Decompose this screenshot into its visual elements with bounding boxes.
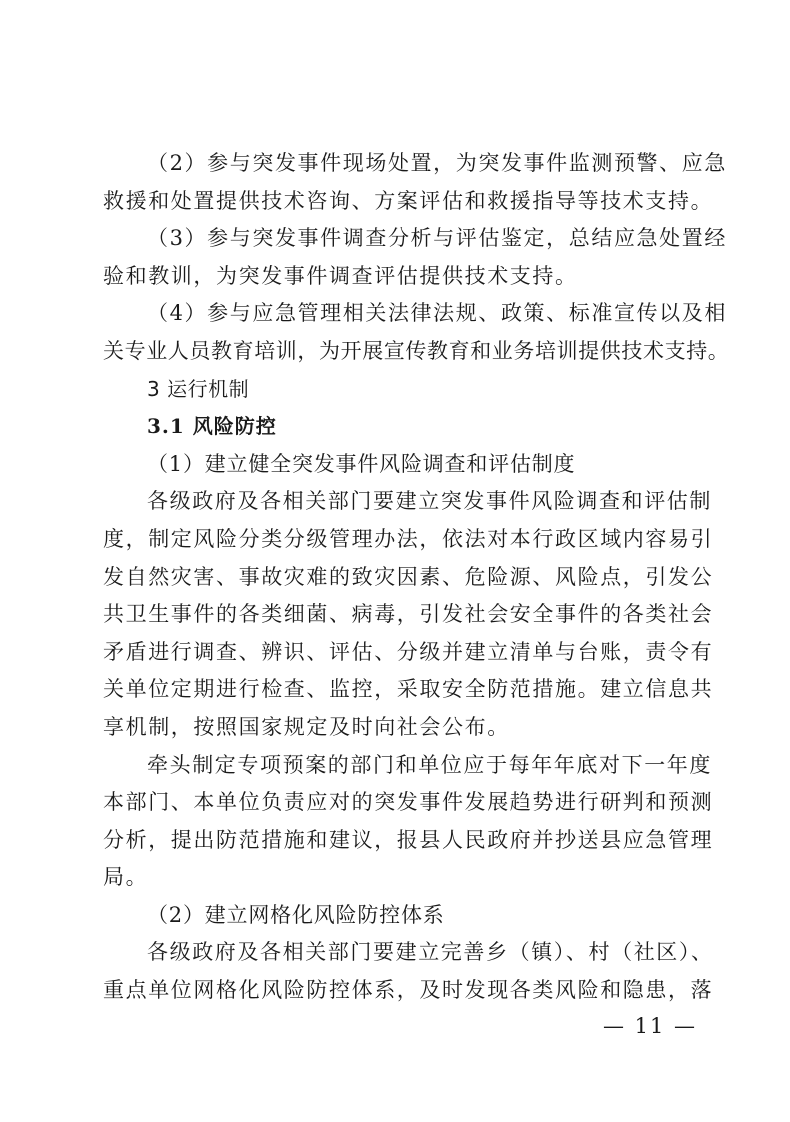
item-heading: （2）建立网格化风险防控体系 (103, 897, 695, 935)
paragraph-line: 关专业人员教育培训，为开展宣传教育和业务培训提供技术支持。 (103, 333, 695, 371)
paragraph-line: （4）参与应急管理相关法律法规、政策、标准宣传以及相 (103, 295, 695, 333)
subsection-heading: 3.1 风险防控 (103, 408, 695, 446)
paragraph-line: 享机制，按照国家规定及时向社会公布。 (103, 709, 695, 747)
section-heading: 3 运行机制 (103, 371, 695, 409)
paragraph-line: 重点单位网格化风险防控体系，及时发现各类风险和隐患，落 (103, 972, 695, 1010)
paragraph-line: 本部门、本单位负责应对的突发事件发展趋势进行研判和预测 (103, 784, 695, 822)
paragraph-line: 关单位定期进行检查、监控，采取安全防范措施。建立信息共 (103, 671, 695, 709)
paragraph-line: （3）参与突发事件调查分析与评估鉴定，总结应急处置经 (103, 220, 695, 258)
page-number: — 11 — (600, 1014, 700, 1038)
paragraph-line: 各级政府及各相关部门要建立突发事件风险调查和评估制 (103, 483, 695, 521)
paragraph-line: 矛盾进行调查、辨识、评估、分级并建立清单与台账，责令有 (103, 634, 695, 672)
paragraph-line: （2）参与突发事件现场处置，为突发事件监测预警、应急 (103, 145, 695, 183)
paragraph-line: 各级政府及各相关部门要建立完善乡（镇）、村（社区）、 (103, 934, 695, 972)
document-body: （2）参与突发事件现场处置，为突发事件监测预警、应急 救援和处置提供技术咨询、方… (103, 145, 695, 1010)
paragraph-line: 验和教训，为突发事件调查评估提供技术支持。 (103, 258, 695, 296)
paragraph-line: 局。 (103, 859, 695, 897)
paragraph-line: 共卫生事件的各类细菌、病毒，引发社会安全事件的各类社会 (103, 596, 695, 634)
paragraph-line: 度，制定风险分类分级管理办法，依法对本行政区域内容易引 (103, 521, 695, 559)
document-page: （2）参与突发事件现场处置，为突发事件监测预警、应急 救援和处置提供技术咨询、方… (0, 0, 790, 1122)
paragraph-line: 救援和处置提供技术咨询、方案评估和救援指导等技术支持。 (103, 183, 695, 221)
paragraph-line: 牵头制定专项预案的部门和单位应于每年年底对下一年度 (103, 747, 695, 785)
item-heading: （1）建立健全突发事件风险调查和评估制度 (103, 446, 695, 484)
paragraph-line: 分析，提出防范措施和建议，报县人民政府并抄送县应急管理 (103, 822, 695, 860)
paragraph-line: 发自然灾害、事故灾难的致灾因素、危险源、风险点，引发公 (103, 559, 695, 597)
